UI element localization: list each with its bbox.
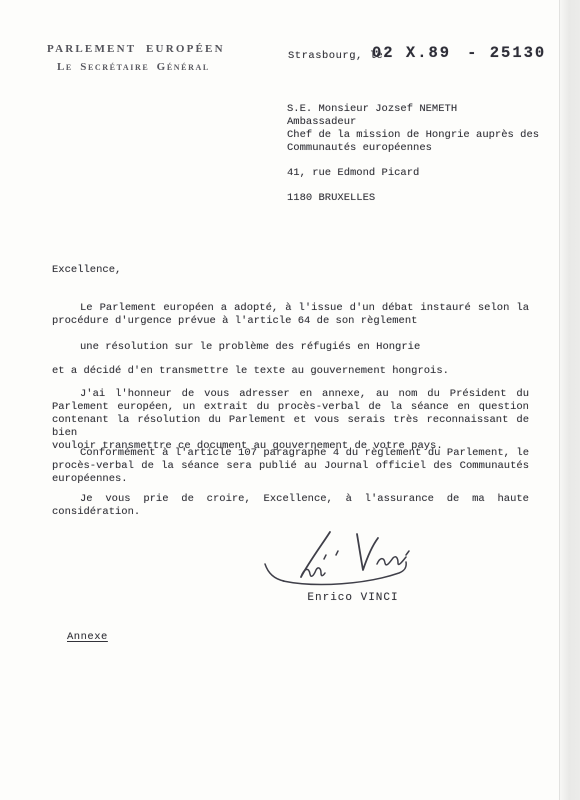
stamp-reference-number: - 25130 [467,44,546,62]
recipient-title: Ambassadeur [287,116,539,129]
body-line: Conformément à l'article 107 paragraphe … [52,447,529,460]
recipient-city: 1180 BRUXELLES [287,192,539,205]
body-line: Je vous prie de croire, Excellence, à l'… [52,493,529,506]
recipient-street: 41, rue Edmond Picard [287,167,539,180]
body-paragraph-6: Je vous prie de croire, Excellence, à l'… [52,493,529,519]
body-line: et a décidé d'en transmettre le texte au… [52,365,529,378]
spacer [287,155,539,167]
body-line: européennes. [52,473,529,486]
recipient-org-line2: Communautés européennes [287,142,539,155]
date-stamp: 02 X.89 - 25130 [372,44,546,62]
body-line: Parlement européen, un extrait du procès… [52,401,529,414]
body-line: une résolution sur le problème des réfug… [52,341,529,354]
body-paragraph-5: Conformément à l'article 107 paragraphe … [52,447,529,486]
letterhead-org: PARLEMENT EUROPÉEN [47,43,225,55]
body-line: procès-verbal de la séance sera publié a… [52,460,529,473]
body-paragraph-2: une résolution sur le problème des réfug… [52,341,529,354]
letterhead-role: Le Secrétaire Général [57,61,210,73]
signature-handwriting [262,526,414,590]
body-line: procédure d'urgence prévue à l'article 6… [52,315,529,328]
body-paragraph-3: et a décidé d'en transmettre le texte au… [52,365,529,378]
body-paragraph-1: Le Parlement européen a adopté, à l'issu… [52,302,529,328]
signer-name: Enrico VINCI [283,592,423,605]
recipient-name: S.E. Monsieur Jozsef NEMETH [287,103,539,116]
recipient-org-line1: Chef de la mission de Hongrie auprès des [287,129,539,142]
scanned-letter-page: PARLEMENT EUROPÉEN Le Secrétaire Général… [0,0,580,800]
page-edge-shadow [559,0,580,800]
body-line: contenant la résolution du Parlement et … [52,414,529,440]
dateline-place: Strasbourg, le [288,50,383,63]
body-paragraph-4: J'ai l'honneur de vous adresser en annex… [52,388,529,453]
stamp-date: 02 X.89 [372,44,451,62]
body-line: J'ai l'honneur de vous adresser en annex… [52,388,529,401]
body-line: Le Parlement européen a adopté, à l'issu… [52,302,529,315]
spacer [287,180,539,192]
body-line: considération. [52,506,529,519]
recipient-address-block: S.E. Monsieur Jozsef NEMETH Ambassadeur … [287,103,539,205]
annex-label: Annexe [67,631,108,644]
salutation: Excellence, [52,264,121,277]
